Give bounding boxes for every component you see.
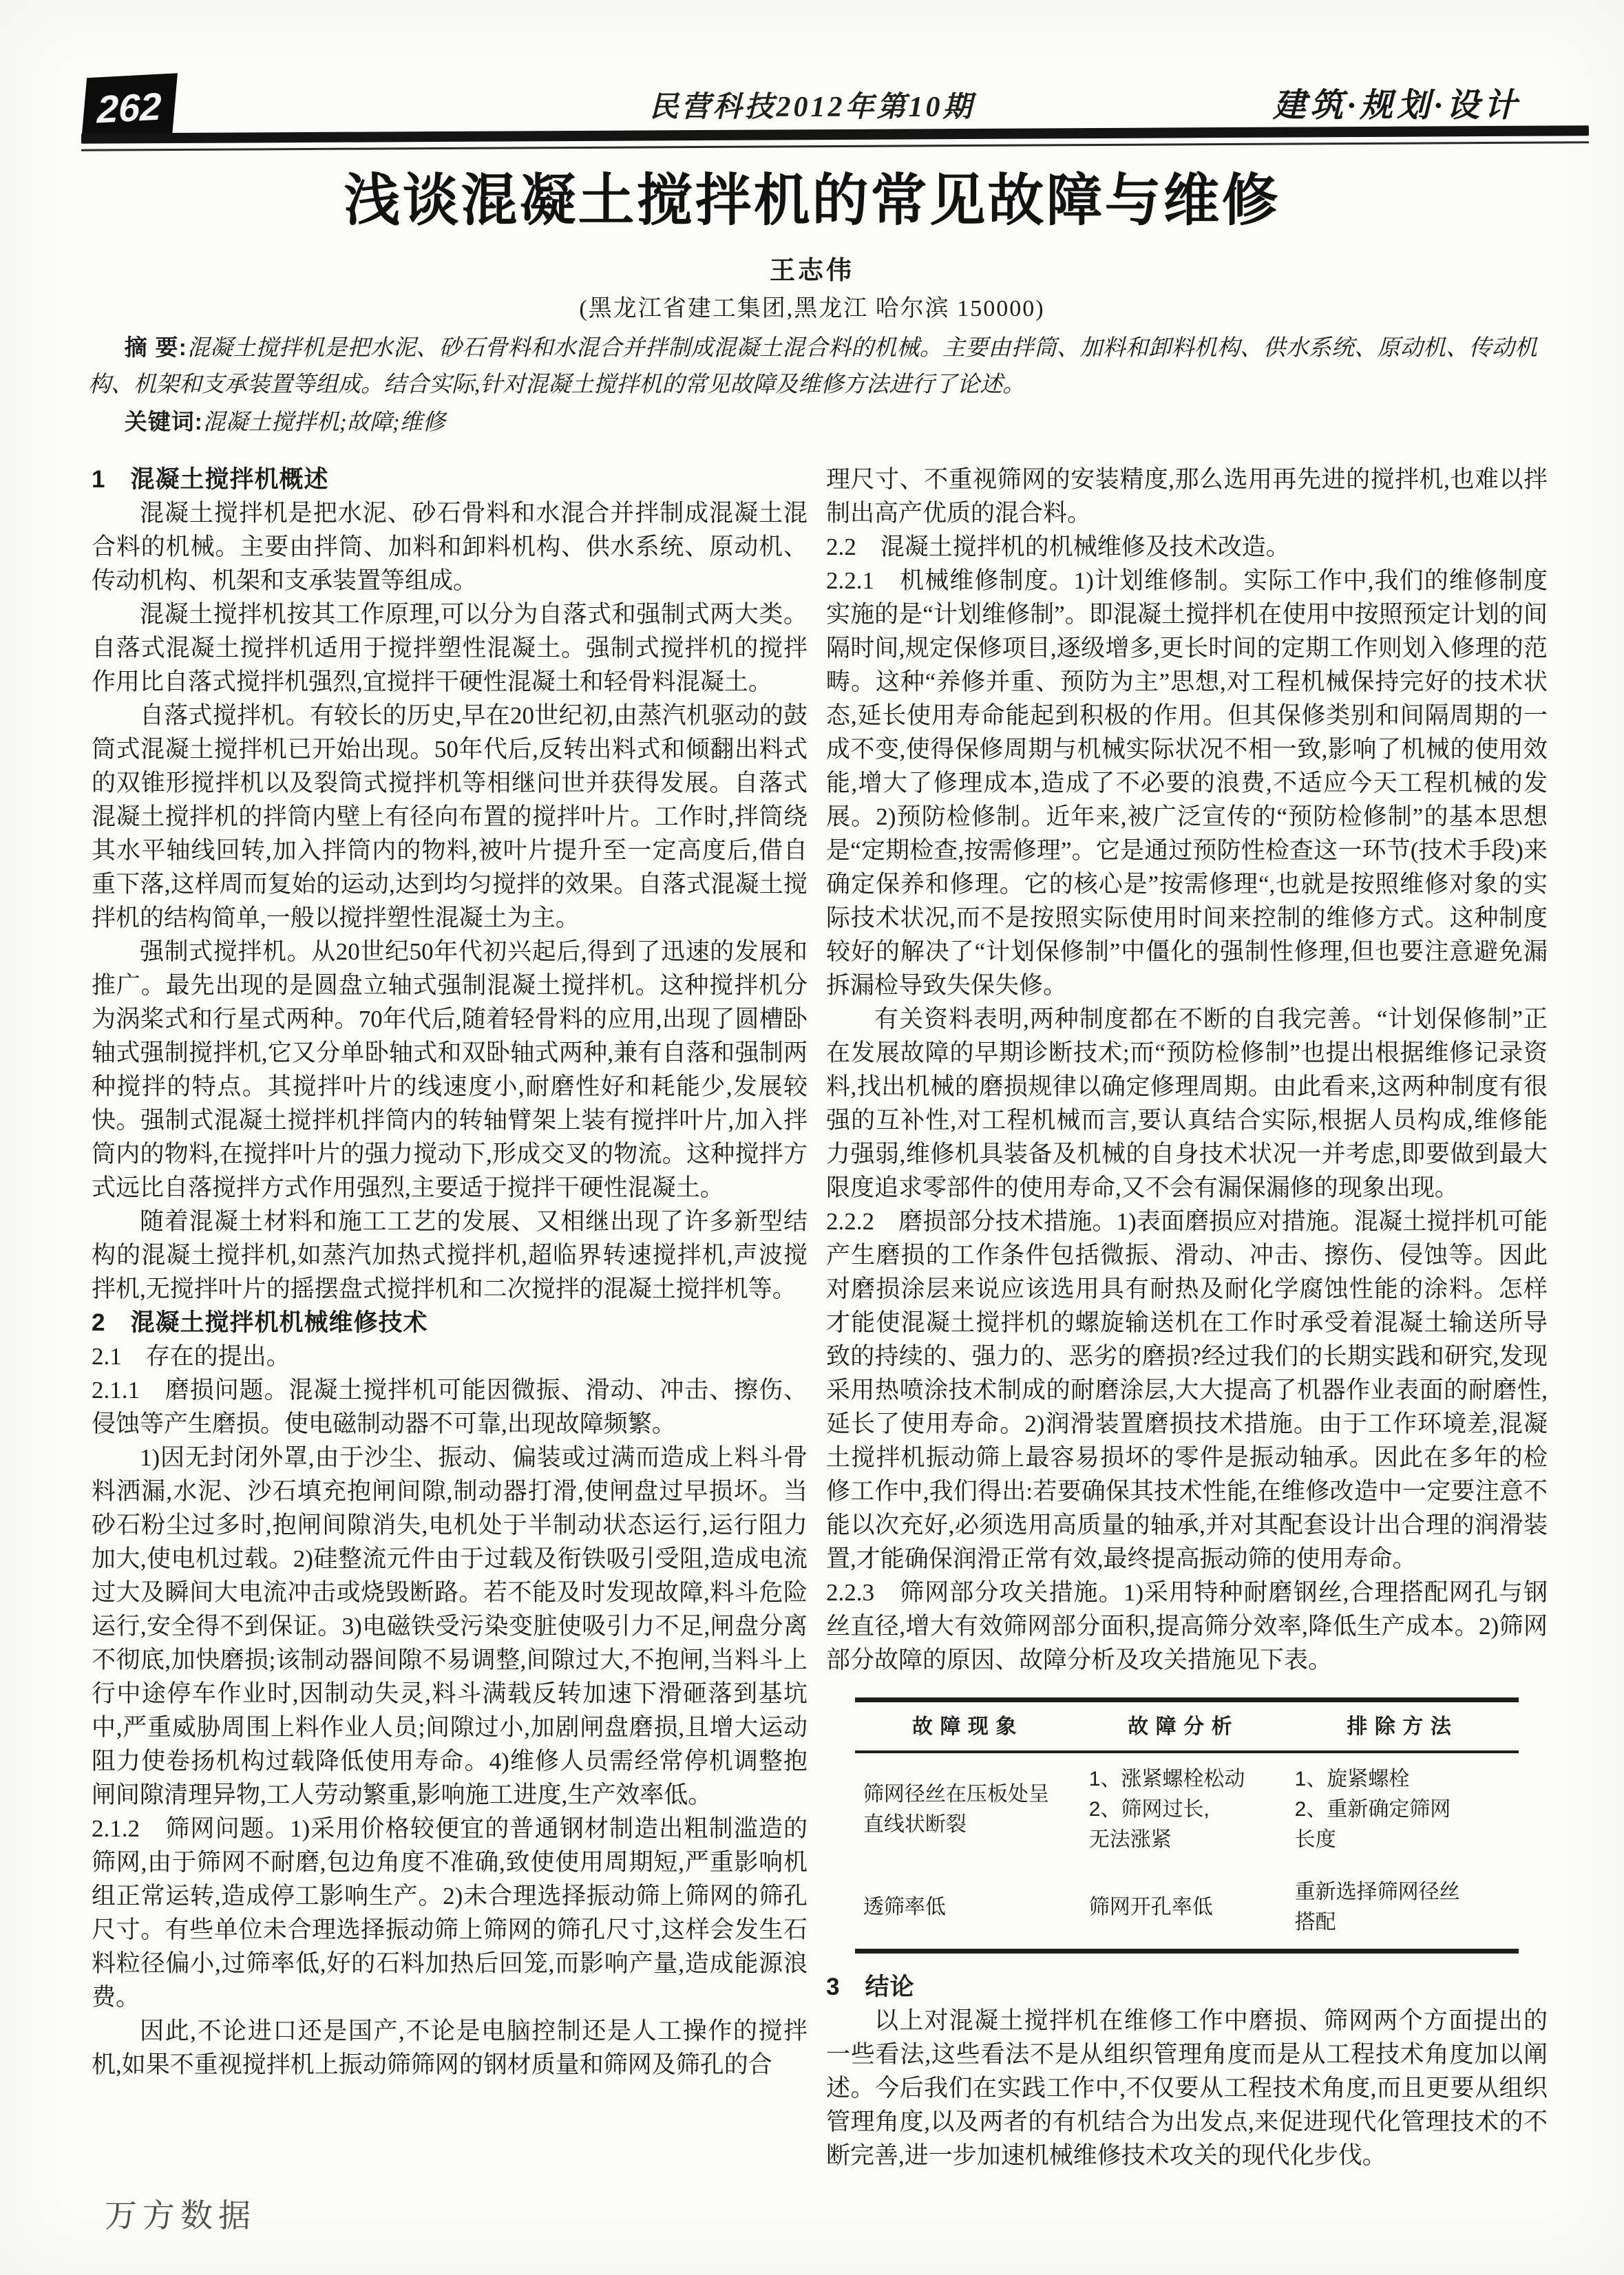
keywords-label: 关键词: [125,409,203,434]
wanfang-watermark: 万方数据 [105,2190,256,2236]
table-body: 筛网径丝在压板处呈 直线状断裂 1、涨紧螺栓松动 2、筛网过长, 无法涨紧 1、… [855,1752,1519,1951]
header-cell-remedy: 排除方法 [1287,1700,1519,1753]
article-title: 浅谈混凝土搅拌机的常见故障与维修 [0,156,1624,236]
cell-analysis-low-rate: 筛网开孔率低 [1081,1866,1287,1951]
cell-phenomenon-break: 筛网径丝在压板处呈 直线状断裂 [855,1752,1081,1866]
abstract-label: 摘 要: [125,335,187,360]
paragraph-2-2-2-wear-measures: 2.2.2 磨损部分技术措施。1)表面磨损应对措施。混凝土搅拌机可能产生磨损的工… [826,1205,1548,1576]
header-cell-phenomenon: 故障现象 [855,1700,1081,1753]
abstract-block: 摘 要:混凝土搅拌机是把水泥、砂石骨料和水混合并拌制成混凝土混合料的机械。主要由… [88,329,1537,441]
paragraph-continuation: 理尺寸、不重视筛网的安装精度,那么选用再先进的搅拌机,也难以拌制出高产优质的混合… [826,463,1548,530]
paragraph-conclusion: 以上对混凝土搅拌机在维修工作中磨损、筛网两个方面提出的一些看法,这些看法不是从组… [826,2004,1548,2172]
cell-remedy-break: 1、旋紧螺栓 2、重新确定筛网 长度 [1287,1752,1519,1866]
paragraph-overview-definition: 混凝土搅拌机是把水泥、砂石骨料和水混合并拌制成混凝土混合料的机械。主要由拌筒、加… [92,496,808,597]
section-heading-3: 3 结论 [826,1970,1548,2004]
keywords-line: 关键词:混凝土搅拌机;故障;维修 [88,403,1537,441]
header-divider-rule [81,125,1589,151]
section-column-label: 建筑·规划·设计 [1273,78,1521,126]
paragraph-2-1-2-screen-problem: 2.1.2 筛网问题。1)采用价格较便宜的普通钢材制造出粗制滥造的筛网,由于筛网… [92,1812,808,2014]
cell-phenomenon-low-rate: 透筛率低 [855,1866,1081,1951]
subsection-heading-2-1: 2.1 存在的提出。 [92,1340,808,1373]
subsection-heading-2-2: 2.2 混凝土搅拌机的机械维修及技术改造。 [826,530,1548,564]
paragraph-wear-causes: 1)因无封闭外罩,由于沙尘、振动、偏装或过满而造成上料斗骨料洒漏,水泥、沙石填充… [92,1441,808,1812]
paragraph-2-2-1-maintenance-system: 2.2.1 机械维修制度。1)计划维修制。实际工作中,我们的维修制度实施的是“计… [826,564,1548,1002]
cell-remedy-low-rate: 重新选择筛网径丝 搭配 [1287,1866,1519,1951]
table-header-row: 故障现象 故障分析 排除方法 [855,1700,1519,1753]
article-affiliation: (黑龙江省建工集团,黑龙江 哈尔滨 150000) [0,289,1624,323]
right-column: 理尺寸、不重视筛网的安装精度,那么选用再先进的搅拌机,也难以拌制出高产优质的混合… [826,463,1548,2172]
cell-analysis-break: 1、涨紧螺栓松动 2、筛网过长, 无法涨紧 [1081,1752,1287,1866]
header-cell-analysis: 故障分析 [1081,1700,1287,1753]
section-heading-1: 1 混凝土搅拌机概述 [92,463,808,496]
table-header: 故障现象 故障分析 排除方法 [855,1700,1519,1753]
paragraph-two-systems: 有关资料表明,两种制度都在不断的自我完善。“计划保修制”正在发展故障的早期诊断技… [826,1002,1548,1205]
paragraph-overview-types: 混凝土搅拌机按其工作原理,可以分为自落式和强制式两大类。自落式混凝土搅拌机适用于… [92,597,808,699]
paragraph-2-1-1-wear-problem: 2.1.1 磨损问题。混凝土搅拌机可能因微振、滑动、冲击、擦伤、侵蚀等产生磨损。… [92,1373,808,1441]
abstract-text: 混凝土搅拌机是把水泥、砂石骨料和水混合并拌制成混凝土混合料的机械。主要由拌筒、加… [88,336,1537,397]
scanned-paper-page: 262 民营科技2012年第10期 建筑·规划·设计 浅谈混凝土搅拌机的常见故障… [0,0,1624,2275]
table-row-break: 筛网径丝在压板处呈 直线状断裂 1、涨紧螺栓松动 2、筛网过长, 无法涨紧 1、… [855,1752,1519,1866]
fault-analysis-table: 故障现象 故障分析 排除方法 筛网径丝在压板处呈 直线状断裂 1、涨紧螺栓松动 … [855,1697,1519,1954]
table-row-low-rate: 透筛率低 筛网开孔率低 重新选择筛网径丝 搭配 [855,1866,1519,1951]
header-rule-thin [81,141,1589,151]
paragraph-therefore: 因此,不论进口还是国产,不论是电脑控制还是人工操作的搅拌机,如果不重视搅拌机上振… [92,2014,808,2082]
keywords-text: 混凝土搅拌机;故障;维修 [203,410,445,435]
paragraph-new-mixer-types: 随着混凝土材料和施工工艺的发展、又相继出现了许多新型结构的混凝土搅拌机,如蒸汽加… [92,1205,808,1306]
section-heading-2: 2 混凝土搅拌机机械维修技术 [92,1306,808,1340]
paragraph-gravity-mixer: 自落式搅拌机。有较长的历史,早在20世纪初,由蒸汽机驱动的鼓筒式混凝土搅拌机已开… [92,699,808,935]
paragraph-2-2-3-screen-measures: 2.2.3 筛网部分攻关措施。1)采用特种耐磨钢丝,合理搭配网孔与钢丝直径,增大… [826,1576,1548,1677]
left-column: 1 混凝土搅拌机概述 混凝土搅拌机是把水泥、砂石骨料和水混合并拌制成混凝土混合料… [92,463,808,2082]
paragraph-forced-mixer: 强制式搅拌机。从20世纪50年代初兴起后,得到了迅速的发展和推广。最先出现的是圆… [92,935,808,1205]
abstract-paragraph: 摘 要:混凝土搅拌机是把水泥、砂石骨料和水混合并拌制成混凝土混合料的机械。主要由… [88,329,1537,403]
article-author: 王志伟 [0,249,1624,286]
header-rule-thick [81,125,1589,143]
